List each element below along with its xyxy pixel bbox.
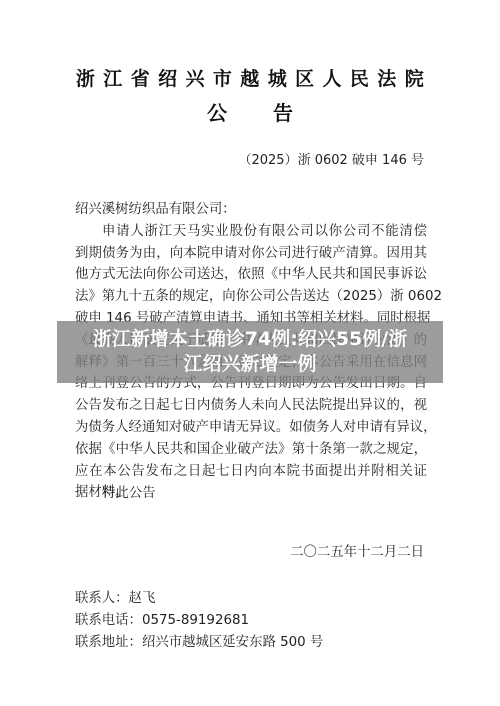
notice-date: 二〇二五年十二月二日 bbox=[290, 543, 424, 563]
body-line: 公告发布之日起七日内债务人未向人民法院提出异议的，视 bbox=[75, 395, 427, 417]
headline-line-2: 江绍兴新增一例 bbox=[57, 352, 443, 377]
case-number: （2025）浙 0602 破申 146 号 bbox=[238, 152, 424, 170]
body-line: 法》第九十五条的规定，向你公司公告送达（2025）浙 0602 bbox=[75, 286, 427, 308]
contact-address: 联系地址：绍兴市越城区延安东路 500 号 bbox=[75, 632, 323, 654]
contact-person: 联系人：赵飞 bbox=[75, 588, 323, 610]
body-line: 为债务人经通知对破产申请无异议。如债务人对申请有异议， bbox=[75, 417, 427, 439]
notice-title: 公告 bbox=[0, 100, 500, 126]
body-line: 申请人浙江天马实业股份有限公司以你公司不能清偿 bbox=[75, 221, 427, 243]
court-name-heading: 浙江省绍兴市越城区人民法院 bbox=[0, 66, 500, 92]
addressee: 绍兴溪树纺织品有限公司： bbox=[75, 199, 427, 221]
notice-title-char-2: 告 bbox=[273, 100, 293, 126]
body-line: 应在本公告发布之日起七日内向本院书面提出并附相关证 bbox=[75, 461, 427, 483]
court-notice-page: 浙江省绍兴市越城区人民法院 公告 （2025）浙 0602 破申 146 号 绍… bbox=[0, 0, 500, 706]
body-line: 依据《中华人民共和国企业破产法》第十条第一款之规定， bbox=[75, 439, 427, 461]
closing-statement: 特此公告 bbox=[102, 484, 156, 504]
notice-title-char-1: 公 bbox=[207, 100, 227, 126]
headline-line-1: 浙江新增本土确诊74例:绍兴55例/浙 bbox=[57, 327, 443, 352]
body-line: 到期债务为由，向本院申请对你公司进行破产清算。因用其 bbox=[75, 243, 427, 265]
headline-overlay-banner: 浙江新增本土确诊74例:绍兴55例/浙 江绍兴新增一例 bbox=[57, 321, 443, 383]
contact-info: 联系人：赵飞 联系电话：0575-89192681 联系地址：绍兴市越城区延安东… bbox=[75, 588, 323, 654]
contact-phone: 联系电话：0575-89192681 bbox=[75, 610, 323, 632]
body-line: 他方式无法向你公司送达，依照《中华人民共和国民事诉讼 bbox=[75, 264, 427, 286]
